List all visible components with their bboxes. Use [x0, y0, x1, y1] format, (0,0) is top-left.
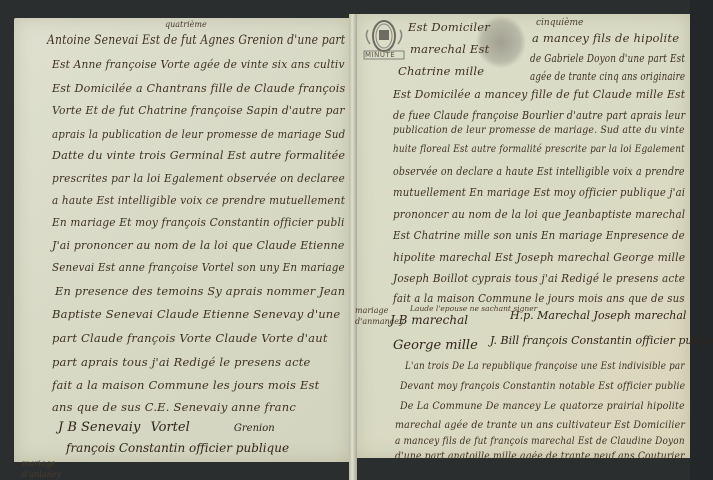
right-line-9: hipolite marechal Est Joseph marechal Ge…	[393, 250, 685, 264]
right-bottom-line-1: L'an trois De La republique françoise un…	[405, 360, 685, 372]
right-top-right-line-1: a mancey fils de hipolite	[532, 31, 679, 45]
right-margin-note: mariage d'anmancey	[355, 305, 403, 327]
left-line-8: a haute Est intelligible voix ce prendre…	[52, 193, 345, 207]
right-bottom-line-4: marechal agée de trante un ans cultivate…	[395, 419, 685, 431]
minute-stamp: MINUTE	[362, 16, 406, 64]
margin-note-line-2: d'anmancey	[355, 316, 403, 327]
left-line-2: Est Anne françoise Vorte agée de vinte s…	[52, 57, 345, 71]
right-bottom-line-3: De La Commune De mancey Le quatorze prai…	[400, 400, 685, 412]
right-line-10: Joseph Boillot cyprais tous j'ai Redigé …	[393, 271, 685, 285]
right-top-line-2: marechal Est	[410, 42, 489, 56]
binding-gutter	[349, 14, 357, 480]
signature-officier-right: J. Bill françois Constantin officier pub…	[490, 334, 713, 347]
right-bottom-line-5: a mancey fils de fut françois marechal E…	[395, 436, 685, 447]
left-line-11: Senevai Est anne françoise Vortel son un…	[52, 260, 345, 274]
left-line-1: Antoine Senevai Est de fut Agnes Grenion…	[47, 33, 345, 48]
right-top-right-line-2: de Gabriele Doyon d'une part Est	[530, 51, 685, 65]
signature-senevaiy: J B Senevaiy	[58, 420, 140, 435]
left-line-3: Est Domicilée a Chantrans fille de Claud…	[52, 81, 345, 95]
margin-note-line-1: mariage	[355, 305, 403, 316]
left-line-17: ans que de sus C.E. Senevaiy anne franc	[52, 400, 296, 414]
right-line-3: publication de leur promesse de mariage.…	[393, 124, 685, 136]
left-margin-note: mariage d'anlaney	[22, 458, 61, 480]
right-bottom-line-2: Devant moy françois Constantin notable E…	[400, 380, 685, 392]
right-line-5: observée on declare a haute Est intellig…	[393, 164, 685, 178]
right-line-11: fait a la maison Commune le jours mois a…	[393, 291, 685, 305]
left-line-13: Baptiste Senevai Claude Etienne Senevay …	[52, 307, 340, 321]
minute-stamp-label: MINUTE	[365, 51, 395, 59]
left-line-4: Vorte Et de fut Chatrine françoise Sapin…	[52, 103, 345, 117]
right-line-7: prononcer au nom de la loi que Jeanbapti…	[393, 207, 685, 221]
left-line-12: En presence des temoins Sy aprais nommer…	[55, 284, 345, 298]
left-line-6: Datte du vinte trois Germinal Est autre …	[52, 148, 345, 162]
left-signature-block: J B Senevaiy Vortel Grenion	[58, 420, 275, 435]
signature-grenion: Grenion	[234, 423, 275, 434]
left-line-9: En mariage Et moy françois Constantin of…	[52, 215, 345, 229]
right-bottom-line-6: d'une part anatoille mille agée de trant…	[395, 451, 685, 462]
margin-note-line-2: d'anlaney	[22, 469, 61, 480]
scan-background-edge	[690, 0, 713, 480]
left-line-14: part Claude françois Vorte Claude Vorte …	[52, 331, 328, 345]
signature-vortel: Vortel	[150, 420, 189, 435]
right-top-right-line-3: agée de trante cinq ans originaire	[530, 69, 685, 83]
left-header-note: quatrième	[165, 20, 207, 29]
right-line-8: Est Chatrine mille son unis En mariage E…	[393, 228, 685, 242]
right-top-line-1: Est Domiciler	[408, 20, 490, 34]
margin-note-line-1: mariage	[22, 458, 61, 469]
signature-george-mille: George mille	[393, 338, 478, 353]
left-line-7: prescrites par la loi Egalement observée…	[52, 171, 345, 185]
left-line-10: J'ai prononcer au nom de la loi que Clau…	[52, 238, 344, 252]
right-line-4: huite floreal Est autre formalité prescr…	[393, 143, 685, 155]
right-line-2: de fuee Claude françoise Bourlier d'autr…	[393, 108, 685, 122]
signature-officier-left: françois Constantin officier publique	[66, 441, 289, 455]
left-line-15: part aprais tous j'ai Redigé le presens …	[52, 355, 311, 369]
right-line-6: mutuellement En mariage Est moy officier…	[393, 185, 685, 199]
left-line-5: aprais la publication de leur promesse d…	[52, 127, 345, 141]
right-header-note: cinquième	[536, 18, 583, 28]
right-line-1: Est Domicilée a mancey fille de fut Clau…	[393, 87, 685, 101]
left-line-16: fait a la maison Commune les jours mois …	[52, 378, 319, 392]
signature-hp-marechal: H.p. Marechal Joseph marechal	[510, 309, 686, 322]
right-top-line-3: Chatrine mille	[398, 64, 484, 78]
